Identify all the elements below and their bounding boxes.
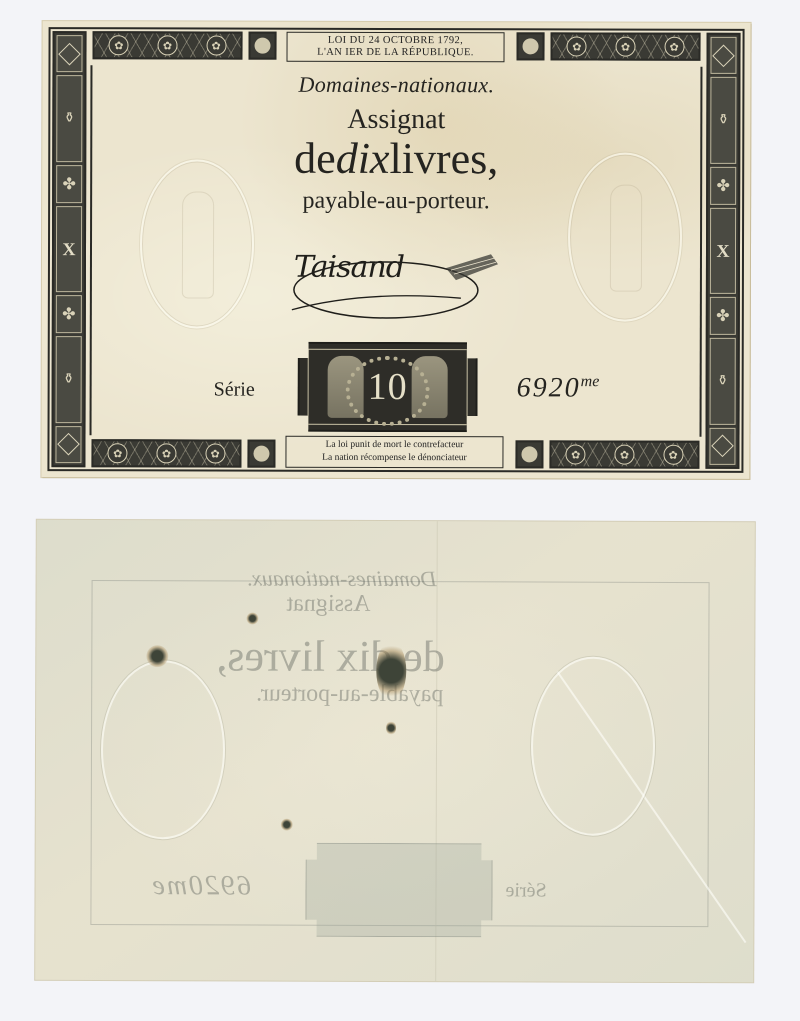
diamond-ornament-icon (55, 426, 81, 463)
rosette-icon: ✿ (664, 37, 684, 57)
ink-stain (386, 721, 396, 735)
mirrored-domaines-text: Domaines-nationaux. (247, 565, 437, 592)
rosette-icon: ✿ (205, 444, 225, 464)
serial-number: 6920me (517, 372, 600, 404)
law-date-line-1: Loi du 24 octobre 1792, (288, 35, 504, 48)
seated-figure-vignette-icon (247, 440, 275, 468)
penalty-notice-box: La loi punit de mort le contrefacteur La… (285, 436, 503, 469)
seated-figure-vignette-icon (515, 440, 543, 468)
mirrored-serie-text: Série (505, 879, 546, 902)
denomination-cartouche: 10 (298, 342, 478, 432)
rosette-icon: ✿ (206, 36, 226, 56)
signature: Taisand (286, 240, 501, 323)
assignat-heading: Assignat (42, 103, 750, 137)
rosette-icon: ✿ (108, 443, 128, 463)
ink-stain (246, 612, 258, 624)
assignat-front: ⚱ ✤ X ✤ ⚱ ⚱ ✤ X ✤ ⚱ ✿ ✿ ✿ ✿ ✿ ✿ ✿ ✿ ✿ ✿ … (41, 21, 750, 479)
rosette-icon: ✿ (566, 444, 586, 464)
mirrored-payable-text: payable-au-porteur. (256, 681, 443, 709)
ink-stain (281, 819, 293, 831)
serie-label: Série (214, 379, 255, 402)
bottom-left-rosette-band: ✿ ✿ ✿ (91, 439, 241, 467)
denomination-heading: dedixlivres, (42, 134, 750, 184)
seated-figure-vignette-icon (248, 32, 276, 60)
top-left-rosette-band: ✿ ✿ ✿ (92, 31, 242, 59)
right-embossed-oval (531, 656, 656, 835)
law-date-box: Loi du 24 octobre 1792, L'an Ier de la R… (286, 32, 504, 63)
mirrored-serial-text: 6920me (150, 870, 251, 902)
assignat-back: Domaines-nationaux. Assignat de dix livr… (35, 520, 755, 983)
serial-digits: 6920 (517, 372, 581, 403)
denomination-de: de (294, 134, 336, 183)
denomination-number: 10 (368, 365, 408, 409)
rosette-icon: ✿ (157, 35, 177, 55)
mirrored-assignat-text: Assignat (286, 591, 370, 618)
ink-stain (376, 641, 406, 701)
diamond-ornament-icon (709, 427, 735, 464)
quatrefoil-ornament-icon: ✤ (710, 297, 736, 334)
seated-figure-vignette-icon (516, 32, 544, 60)
left-embossed-oval-watermark (140, 159, 254, 328)
signature-name: Taisand (294, 250, 404, 285)
vase-ornament-icon: ⚱ (56, 336, 82, 423)
denomination-dix: dix (336, 134, 390, 183)
penalty-line-1: La loi punit de mort le contrefacteur (286, 439, 502, 453)
payable-au-porteur-line: payable-au-porteur. (42, 187, 750, 216)
serial-suffix: me (581, 373, 600, 390)
penalty-line-2: La nation récompense le dénonciateur (286, 452, 502, 466)
mirrored-denomination-cartouche (305, 843, 492, 938)
ink-stain (146, 645, 168, 667)
rosette-icon: ✿ (615, 37, 635, 57)
rosette-icon: ✿ (156, 443, 176, 463)
rosette-icon: ✿ (614, 445, 634, 465)
denomination-livres: livres, (389, 134, 498, 183)
law-date-line-2: L'an Ier de la République. (288, 47, 504, 60)
diamond-ornament-icon (710, 37, 736, 74)
bottom-right-rosette-band: ✿ ✿ ✿ (549, 440, 699, 468)
domaines-nationaux-heading: Domaines-nationaux. (42, 71, 750, 99)
x-mark-icon: X (710, 207, 736, 294)
top-right-rosette-band: ✿ ✿ ✿ (550, 32, 700, 60)
mirrored-value-text: de dix livres, (216, 630, 445, 682)
rosette-icon: ✿ (663, 445, 683, 465)
diamond-ornament-icon (56, 35, 82, 72)
rosette-icon: ✿ (567, 36, 587, 56)
rosette-icon: ✿ (109, 35, 129, 55)
x-mark-icon: X (56, 206, 82, 293)
left-embossed-oval (101, 660, 226, 839)
quatrefoil-ornament-icon: ✤ (56, 296, 82, 333)
vase-ornament-icon: ⚱ (710, 338, 736, 425)
